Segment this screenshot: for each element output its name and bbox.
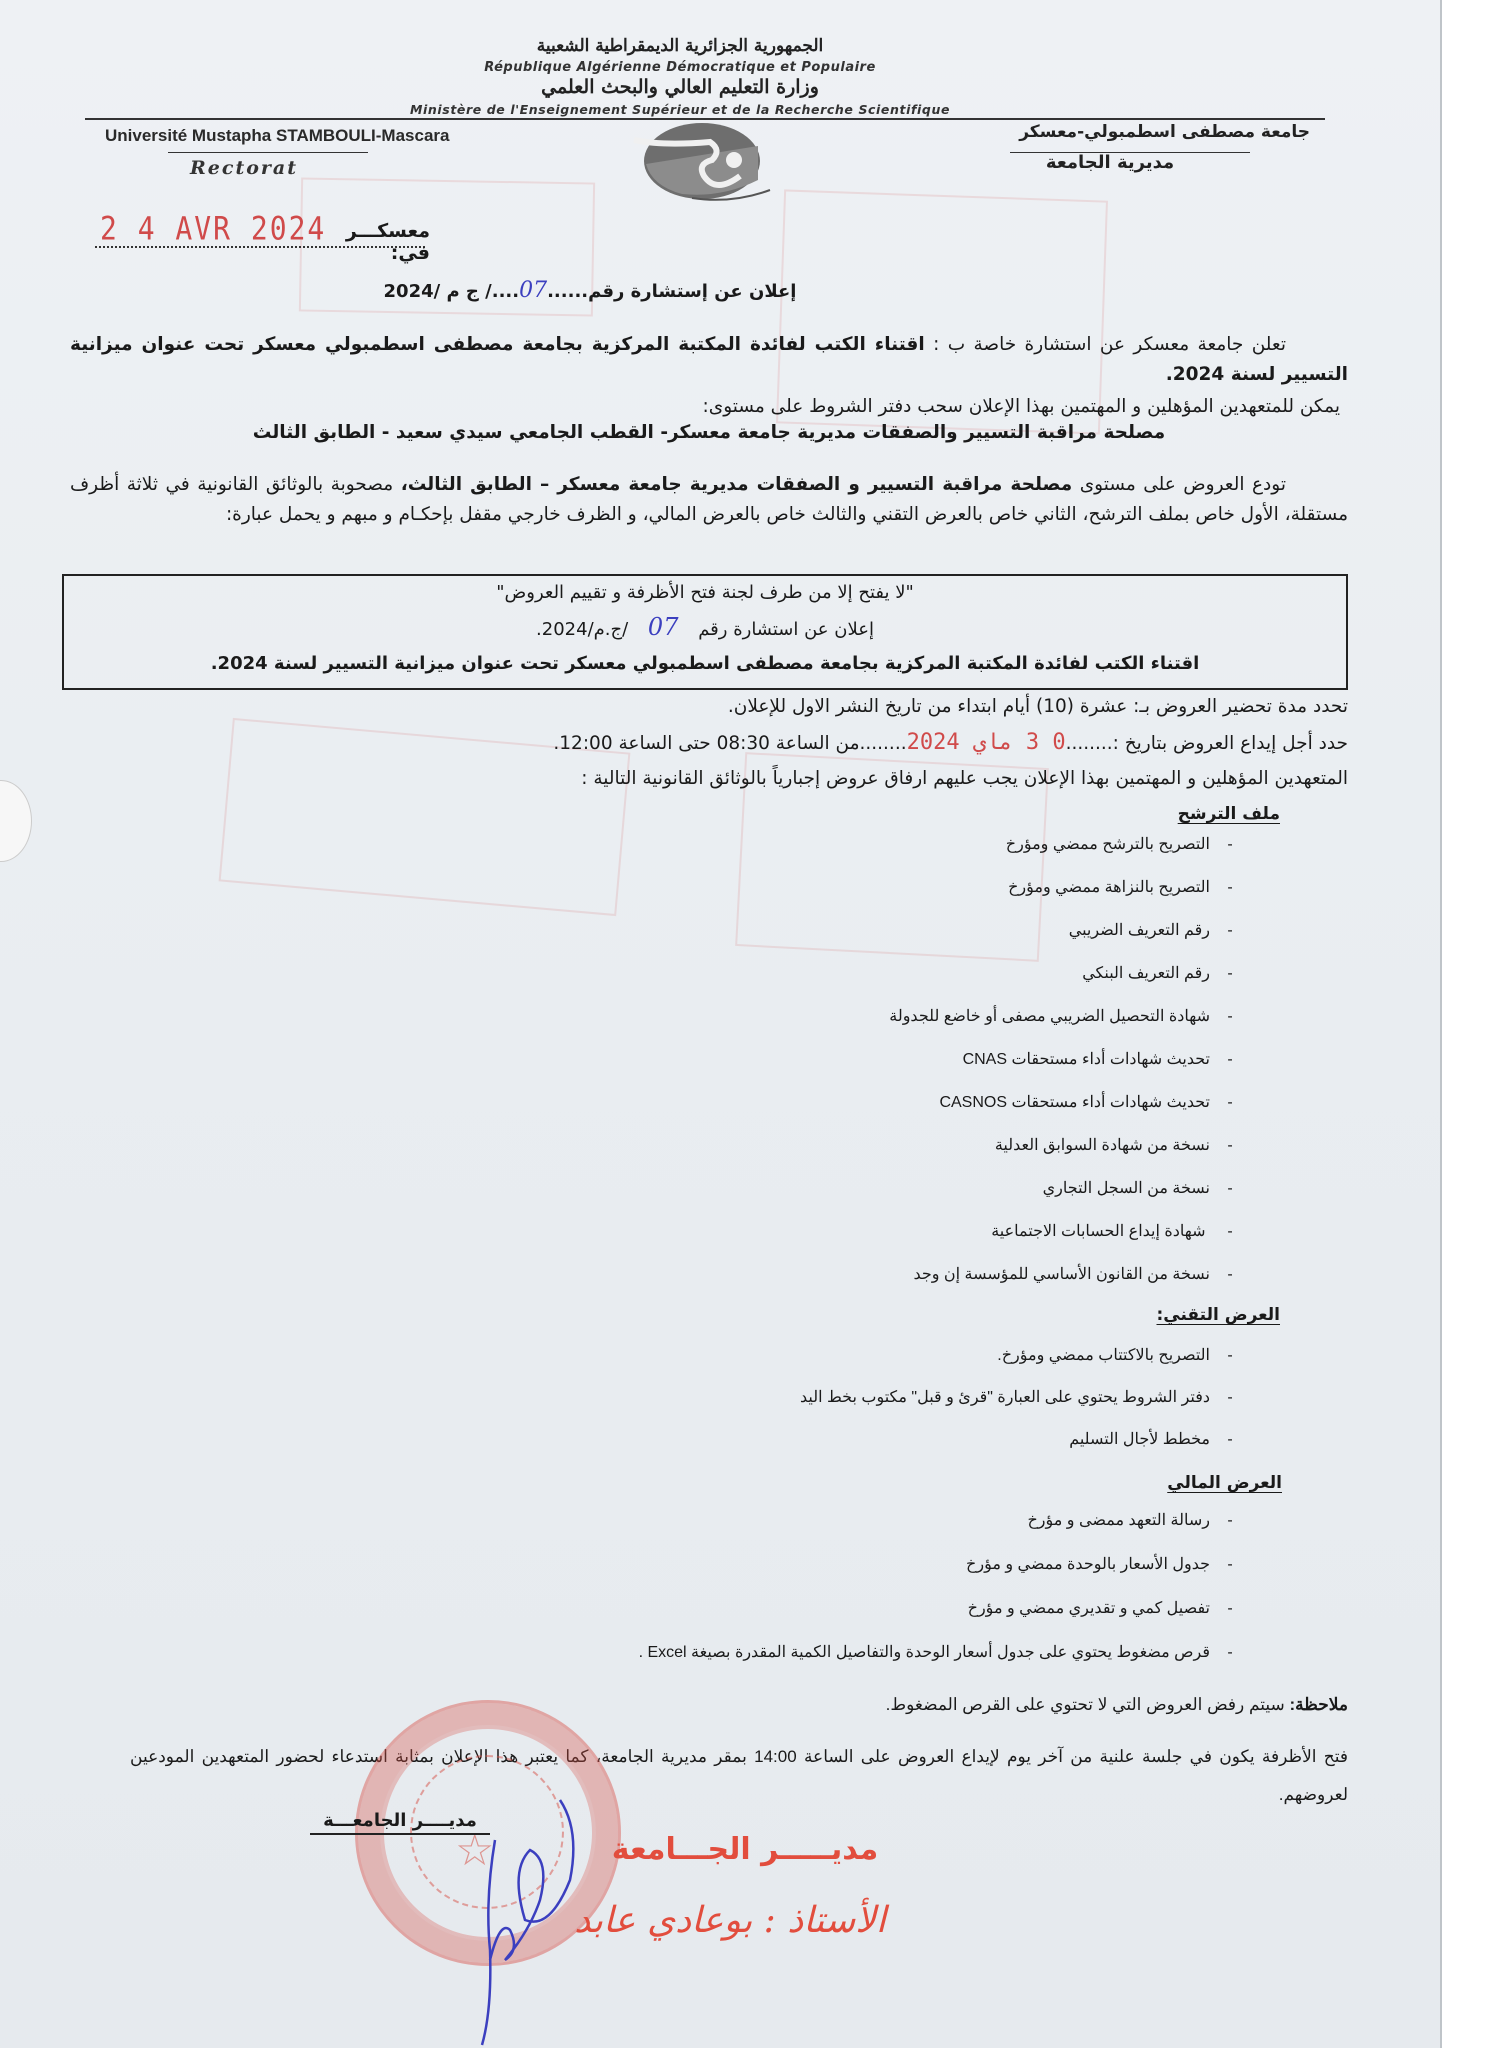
candidacy-list: -التصريح بالترشح ممضي ومؤرخ -التصريح بال…	[650, 834, 1250, 1307]
deposit-deadline: حدد أجل إيداع العروض بتاريخ :........0 3…	[70, 728, 1348, 759]
technical-list: -التصريح بالاكتتاب ممضي ومؤرخ. -دفتر الش…	[550, 1345, 1250, 1471]
document-page: الجمهورية الجزائرية الديمقراطية الشعبية …	[0, 0, 1440, 2048]
rectorat-label: Rectorat	[190, 157, 298, 179]
envelope-ref-prefix: إعلان عن استشارة رقم	[698, 619, 874, 640]
title-suffix: ..../ ج م /2024	[384, 281, 520, 302]
list-item-text: نسخة من القانون الأساسي للمؤسسة إن وجد	[913, 1266, 1210, 1283]
list-item: -مخطط لأجال التسليم	[550, 1429, 1250, 1471]
list-item-text: التصريح بالترشح ممضي ومؤرخ	[1006, 836, 1210, 853]
deposit-date-stamp: 0 3 ماي 2024	[907, 730, 1066, 755]
date-stamp: 2 4 AVR 2024	[100, 210, 326, 248]
list-item: -تحديث شهادات أداء مستحقات CNAS	[650, 1049, 1250, 1092]
title-prefix: إعلان عن إستشارة رقم......	[547, 281, 796, 302]
section-title-candidacy: ملف الترشح	[1178, 804, 1280, 824]
requirements-intro: المتعهدين المؤهلين و المهتمين بهذا الإعل…	[70, 764, 1348, 794]
intro-text: تعلن جامعة معسكر عن استشارة خاصة ب :	[925, 334, 1348, 355]
list-item: -دفتر الشروط يحتوي على العبارة "قرئ و قب…	[550, 1387, 1250, 1429]
list-item: -التصريح بالاكتتاب ممضي ومؤرخ.	[550, 1345, 1250, 1387]
list-item: -نسخة من السجل التجاري	[650, 1178, 1250, 1221]
list-item-text: شهادة إيداع الحسابات الاجتماعية	[991, 1223, 1210, 1240]
deposit-text: تودع العروض على مستوى	[1072, 474, 1348, 495]
list-item-text: تحديث شهادات أداء مستحقات CASNOS	[939, 1094, 1210, 1111]
place-date-label: معسكـــر في:	[300, 220, 430, 264]
deposit-deadline-prefix: حدد أجل إيداع العروض بتاريخ :........	[1066, 733, 1348, 754]
republic-french: République Algérienne Démocratique et Po…	[430, 60, 930, 75]
punch-hole	[0, 780, 32, 862]
section-title-financial: العرض المالي	[1167, 1473, 1282, 1493]
envelope-ref-number: 07	[634, 613, 693, 641]
republic-arabic: الجمهورية الجزائرية الديمقراطية الشعبية	[430, 36, 930, 56]
list-item: -شهادة التحصيل الضريبي مصفى أو خاضع للجد…	[650, 1006, 1250, 1049]
envelope-label-box: "لا يفتح إلا من طرف لجنة فتح الأظرفة و ت…	[62, 574, 1348, 690]
university-name-arabic: جامعة مصطفى اسطمبولي-معسكر	[940, 122, 1310, 142]
list-item: -تحديث شهادات أداء مستحقات CASNOS	[650, 1092, 1250, 1135]
list-item-text: شهادة التحصيل الضريبي مصفى أو خاضع للجدو…	[889, 1008, 1210, 1025]
ministry-arabic: وزارة التعليم العالي والبحث العلمي	[430, 76, 930, 98]
note-paragraph: ملاحظة: سيتم رفض العروض التي لا تحتوي عل…	[70, 1690, 1348, 1720]
list-item-text: رقم التعريف البنكي	[1082, 965, 1210, 982]
list-item: -نسخة من القانون الأساسي للمؤسسة إن وجد	[650, 1264, 1250, 1307]
financial-list: -رسالة التعهد ممضى و مؤرخ -جدول الأسعار …	[350, 1510, 1250, 1686]
university-name-french: Université Mustapha STAMBOULI-Mascara	[105, 126, 449, 146]
list-item: -رقم التعريف البنكي	[650, 963, 1250, 1006]
stamp-director-name: الأستاذ : بوعادي عابد	[565, 1900, 895, 1941]
list-item: -تفصيل كمي و تقديري ممضي و مؤرخ	[350, 1598, 1250, 1642]
preparation-deadline: تحدد مدة تحضير العروض بـ: عشرة (10) أيام…	[70, 692, 1348, 722]
list-item-text: دفتر الشروط يحتوي على العبارة "قرئ و قبل…	[800, 1389, 1210, 1406]
deposit-paragraph: تودع العروض على مستوى مصلحة مراقبة التسي…	[70, 470, 1348, 530]
list-item-text: نسخة من شهادة السوابق العدلية	[995, 1137, 1210, 1154]
envelope-line-1: "لا يفتح إلا من طرف لجنة فتح الأظرفة و ت…	[64, 576, 1346, 610]
announcement-title: إعلان عن إستشارة رقم......07..../ ج م /2…	[360, 278, 820, 303]
list-item-text: نسخة من السجل التجاري	[1043, 1180, 1210, 1197]
consultation-number: 07	[519, 278, 547, 303]
list-item-text: تحديث شهادات أداء مستحقات CNAS	[963, 1051, 1210, 1068]
envelope-line-3: اقتناء الكتب لفائدة المكتبة المركزية بجا…	[64, 647, 1346, 681]
list-item-text: جدول الأسعار بالوحدة ممضي و مؤرخ	[966, 1556, 1210, 1573]
envelope-ref-suffix: /ج.م/2024.	[536, 619, 628, 640]
list-item: -رقم التعريف الضريبي	[650, 920, 1250, 963]
deposit-deadline-suffix: ........من الساعة 08:30 حتى الساعة 12:00…	[553, 733, 906, 754]
note-label: ملاحظة:	[1290, 1695, 1348, 1714]
list-item-text: رقم التعريف الضريبي	[1069, 922, 1210, 939]
intro-paragraph: تعلن جامعة معسكر عن استشارة خاصة ب : اقت…	[70, 330, 1348, 390]
list-item-text: رسالة التعهد ممضى و مؤرخ	[1027, 1512, 1210, 1529]
deposit-location: مصلحة مراقبة التسيير و الصفقات مديرية جا…	[401, 474, 1073, 495]
direction-arabic: مديرية الجامعة	[960, 152, 1260, 173]
list-item: -جدول الأسعار بالوحدة ممضي و مؤرخ	[350, 1554, 1250, 1598]
note-text: سيتم رفض العروض التي لا تحتوي على القرص …	[886, 1695, 1290, 1714]
ministry-french: Ministère de l'Enseignement Supérieur et…	[330, 102, 1030, 117]
envelope-line-2: إعلان عن استشارة رقم 07 /ج.م/2024.	[64, 610, 1346, 647]
opening-paragraph: فتح الأظرفة يكون في جلسة علنية من آخر يو…	[130, 1738, 1348, 1814]
list-item: -التصريح بالترشح ممضي ومؤرخ	[650, 834, 1250, 877]
university-logo-icon	[632, 120, 772, 202]
divider	[168, 152, 368, 153]
list-item: -قرص مضغوط يحتوي على جدول أسعار الوحدة و…	[350, 1642, 1250, 1686]
withdraw-location: مصلحة مراقبة التسيير والصفقات مديرية جام…	[70, 418, 1348, 448]
scan-edge	[1440, 0, 1489, 2048]
list-item-text: التصريح بالاكتتاب ممضي ومؤرخ.	[997, 1347, 1210, 1364]
list-item: - شهادة إيداع الحسابات الاجتماعية	[650, 1221, 1250, 1264]
list-item: -نسخة من شهادة السوابق العدلية	[650, 1135, 1250, 1178]
section-title-technical: العرض التقني:	[1157, 1305, 1281, 1325]
stamp-director-title: مديـــــر الجـــامعة	[600, 1832, 890, 1867]
list-item-text: التصريح بالنزاهة ممضي ومؤرخ	[1008, 879, 1210, 896]
list-item-text: قرص مضغوط يحتوي على جدول أسعار الوحدة وا…	[639, 1644, 1210, 1661]
list-item-text: مخطط لأجال التسليم	[1069, 1431, 1210, 1448]
list-item: -التصريح بالنزاهة ممضي ومؤرخ	[650, 877, 1250, 920]
list-item: -رسالة التعهد ممضى و مؤرخ	[350, 1510, 1250, 1554]
list-item-text: تفصيل كمي و تقديري ممضي و مؤرخ	[968, 1600, 1210, 1617]
